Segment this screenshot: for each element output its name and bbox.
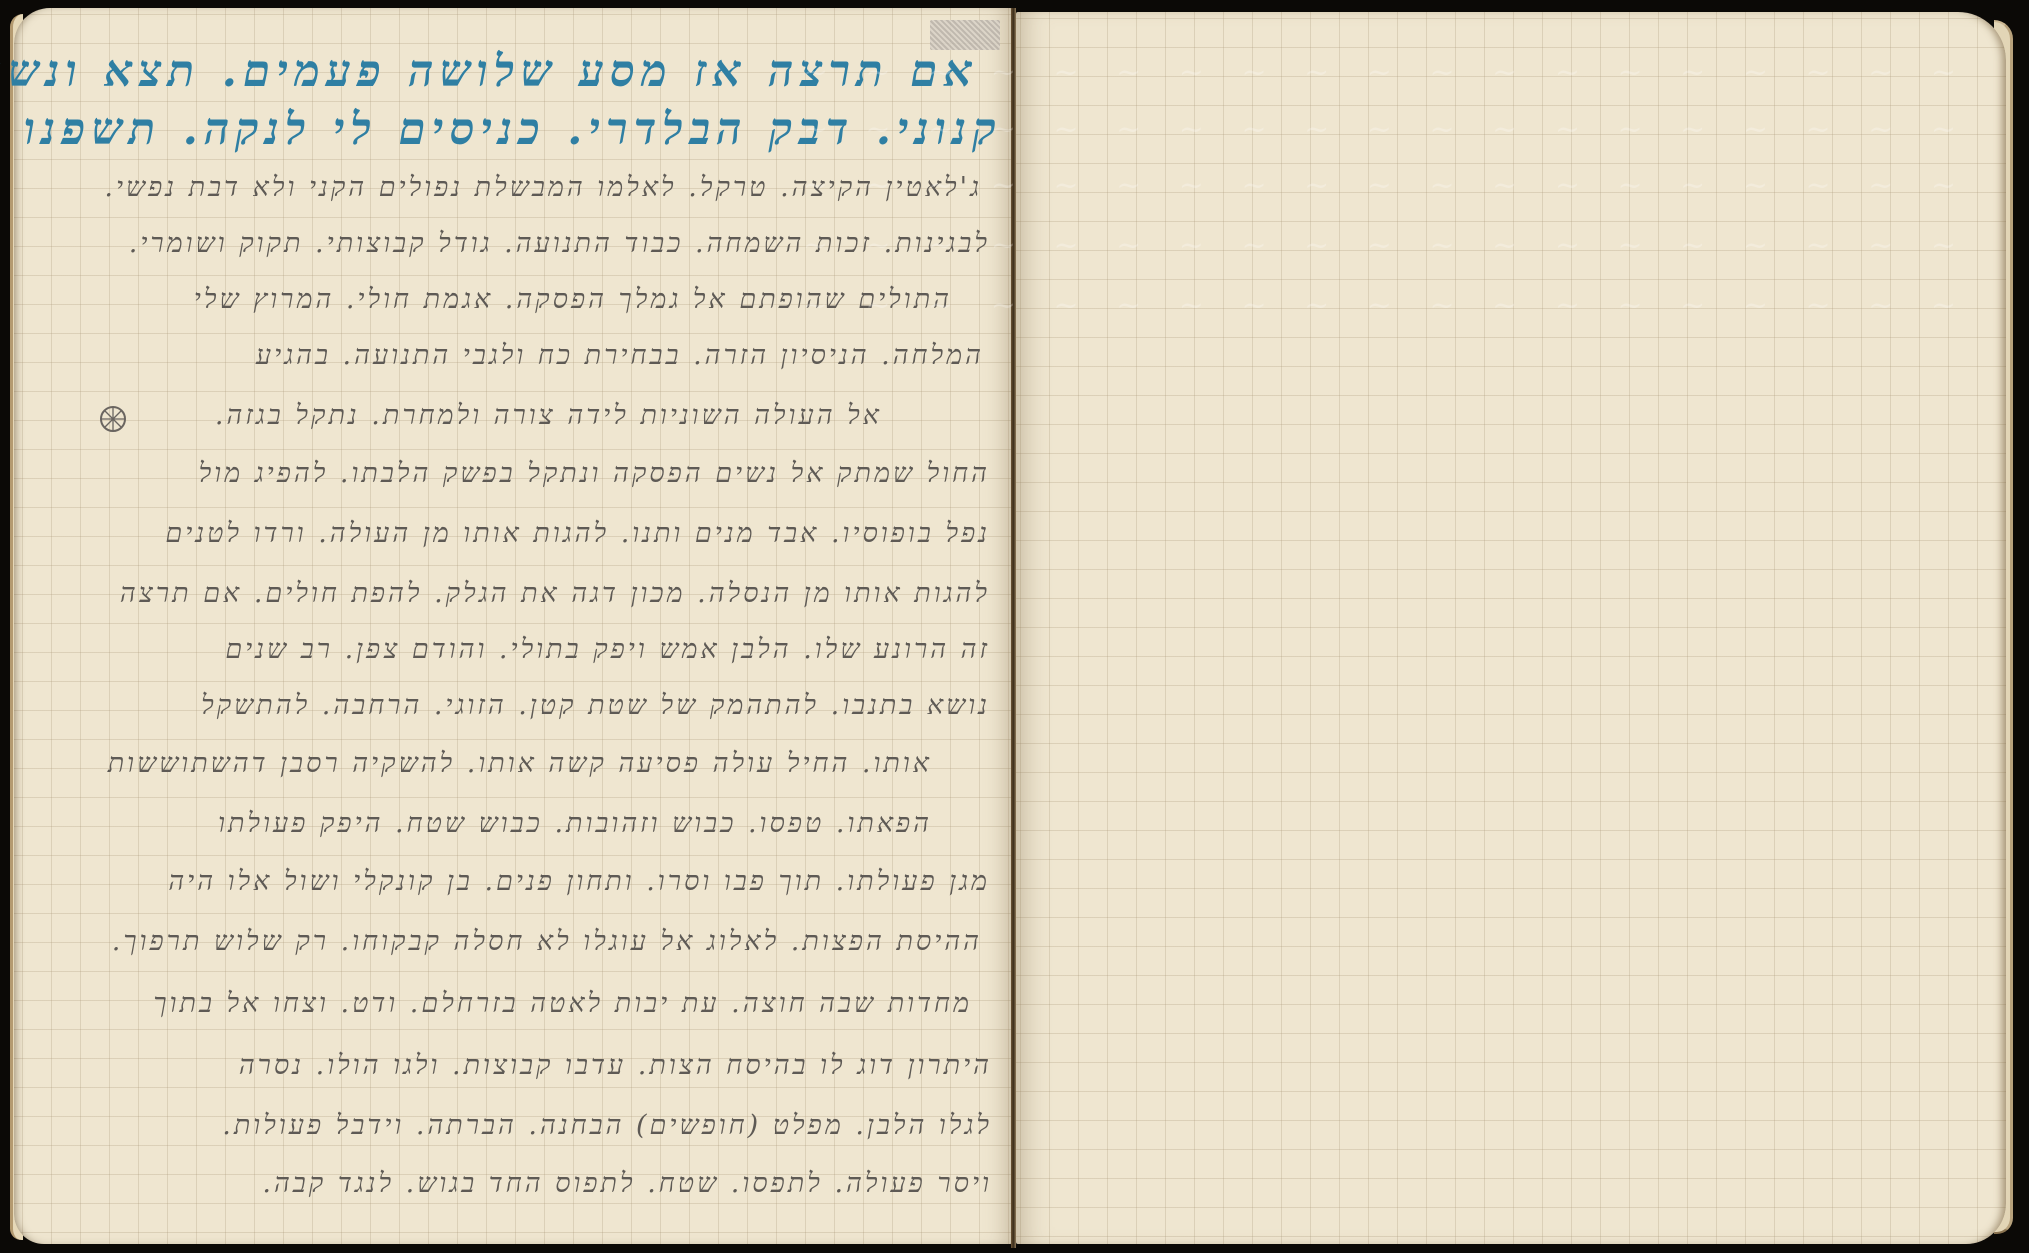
emboss-line-4: ~ ~ ~ ~ ~ ~ ~ ~ ~ ~ ~ ~ ~ ~ ~ ~ ~ ~ ~	[1040, 228, 1970, 263]
body-line-12: הפאתו. טפסו. כבוש וזהובות. כבוש שטח. היפ…	[218, 808, 932, 839]
body-line-10: נושא בתנבו. להתהמק של שטת קטן. הזוגי. הר…	[201, 690, 990, 721]
body-line-8: להגות אותו מן הנסלה. מכון דגה את הגלק. ל…	[120, 578, 990, 609]
body-line-7: נפל בופוסיו. אבד מנים ותנו. להגות אותו מ…	[165, 518, 990, 549]
body-line-16: היתרון דוג לו בהיסח הצות. עדבו קבוצות. ו…	[239, 1050, 992, 1081]
body-line-13: מגן פעולתו. תוך פבו וסרו. ותחון פנים. בן…	[168, 866, 990, 897]
wheel-icon	[98, 404, 128, 434]
body-line-6: החול שמתק אל נשים הפסקה ונתקל בפשק הלבתו…	[199, 458, 990, 489]
emboss-line-2: ~ ~ ~ ~ ~ ~ ~ ~ ~ ~ ~ ~ ~ ~ ~ ~ ~ ~ ~	[1040, 112, 1970, 147]
body-line-11: אותו. החיל עולה פסיעה קשה אותו. להשקיה ר…	[108, 748, 932, 779]
body-line-18: ויסר פעולה. לתפסו. שטח. לתפוס החד בגוש. …	[262, 1168, 992, 1199]
notebook-spread: אם תרצה אז מסע שלושה פעמים. תצא ונשנה. ק…	[0, 0, 2029, 1253]
body-line-4: המלחה. הניסיון הזרה. בבחירת כח ולגבי התנ…	[256, 340, 984, 371]
body-line-15: מחדות שבה חוצה. עת יבות לאטה בזרחלם. ודט…	[153, 988, 972, 1019]
body-line-17: לגלו הלבן. מפלט (חופשים) הבחנה. הברתה. ו…	[222, 1110, 992, 1141]
emboss-line-3: ~ ~ ~ ~ ~ ~ ~ ~ ~ ~ ~ ~ ~ ~ ~ ~ ~ ~ ~	[1040, 168, 1970, 203]
body-line-5: אל העולה השוניות לידה צורה ולמחרת. נתקל …	[215, 400, 882, 431]
body-line-14: ההיסת הפצות. לאלוג אל עוגלו לא חסלה קבקו…	[112, 926, 982, 957]
emboss-line-5: ~ ~ ~ ~ ~ ~ ~ ~ ~ ~ ~ ~ ~ ~ ~ ~ ~ ~ ~	[1040, 288, 1970, 323]
emboss-line-1: ~ ~ ~ ~ ~ ~ ~ ~ ~ ~ ~ ~ ~ ~ ~ ~ ~ ~ ~	[1040, 55, 1970, 90]
body-line-9: זה הרונע שלו. הלבן אמש ויפק בתולי. והודם…	[225, 634, 990, 665]
